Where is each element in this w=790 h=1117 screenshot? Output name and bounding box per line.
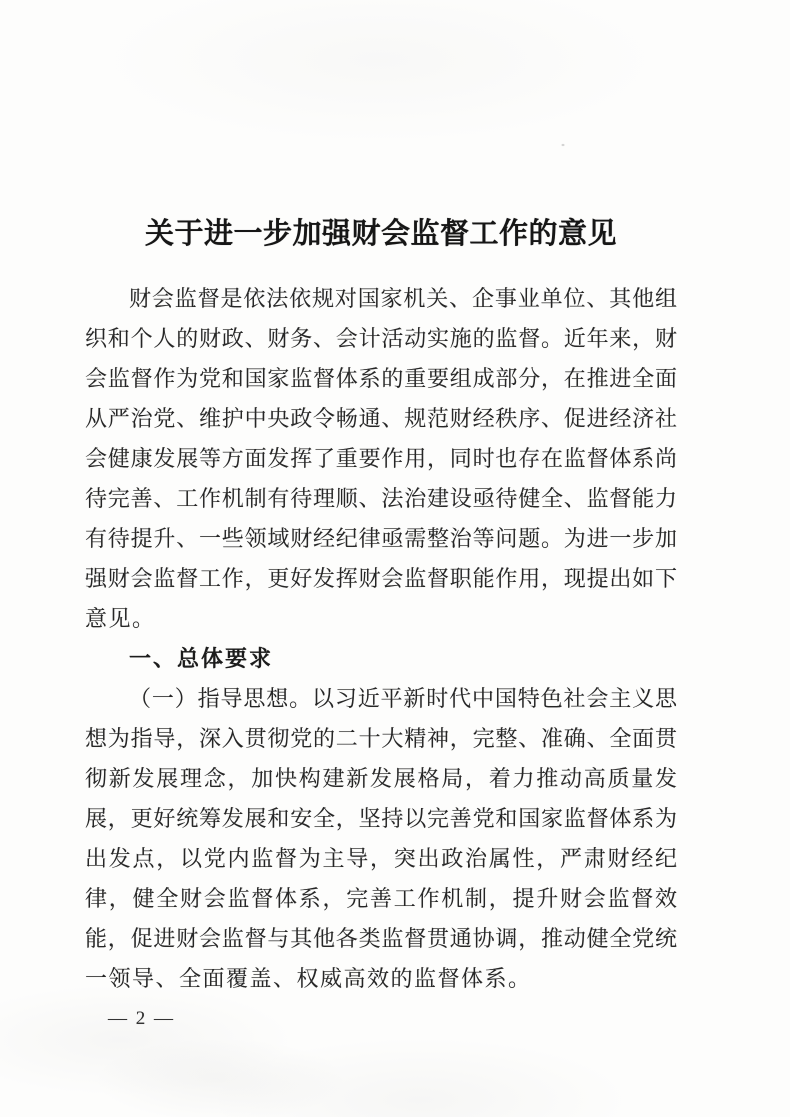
text-line: 强财会监督工作，更好发挥财会监督职能作用，现提出如下 xyxy=(85,559,677,599)
text-line: 出发点，以党内监督为主导，突出政治属性，严肃财经纪 xyxy=(85,839,677,879)
text-line: 能，促进财会监督与其他各类监督贯通协调，推动健全党统 xyxy=(85,919,677,959)
section-heading-overall-requirements: 一、总体要求 xyxy=(85,639,677,679)
text-line: （一）指导思想。以习近平新时代中国特色社会主义思 xyxy=(85,679,677,719)
text-line: 彻新发展理念，加快构建新发展格局，着力推动高质量发 xyxy=(85,759,677,799)
text-line: 一领导、全面覆盖、权威高效的监督体系。 xyxy=(85,959,677,999)
text-line: 会监督作为党和国家监督体系的重要组成部分，在推进全面 xyxy=(85,359,677,399)
document-body: 财会监督是依法依规对国家机关、企事业单位、其他组织和个人的财政、财务、会计活动实… xyxy=(85,279,677,999)
text-line: 有待提升、一些领域财经纪律亟需整治等问题。为进一步加 xyxy=(85,519,677,559)
document-title: 关于进一步加强财会监督工作的意见 xyxy=(85,214,677,254)
text-line: 会健康发展等方面发挥了重要作用，同时也存在监督体系尚 xyxy=(85,439,677,479)
text-line: 意见。 xyxy=(85,599,677,639)
guiding-ideology-paragraph: （一）指导思想。以习近平新时代中国特色社会主义思想为指导，深入贯彻党的二十大精神… xyxy=(85,679,677,999)
text-line: 从严治党、维护中央政令畅通、规范财经秩序、促进经济社 xyxy=(85,399,677,439)
scanned-document-page: 关于进一步加强财会监督工作的意见 财会监督是依法依规对国家机关、企事业单位、其他… xyxy=(0,0,790,1117)
text-line: 待完善、工作机制有待理顺、法治建设亟待健全、监督能力 xyxy=(85,479,677,519)
text-line: 律，健全财会监督体系，完善工作机制，提升财会监督效 xyxy=(85,879,677,919)
text-line: 展，更好统筹发展和安全，坚持以完善党和国家监督体系为 xyxy=(85,799,677,839)
text-line: 想为指导，深入贯彻党的二十大精神，完整、准确、全面贯 xyxy=(85,719,677,759)
intro-paragraph: 财会监督是依法依规对国家机关、企事业单位、其他组织和个人的财政、财务、会计活动实… xyxy=(85,279,677,639)
text-line: 织和个人的财政、财务、会计活动实施的监督。近年来，财 xyxy=(85,319,677,359)
page-number: — 2 — xyxy=(108,1004,175,1034)
text-line: 财会监督是依法依规对国家机关、企事业单位、其他组 xyxy=(85,279,677,319)
